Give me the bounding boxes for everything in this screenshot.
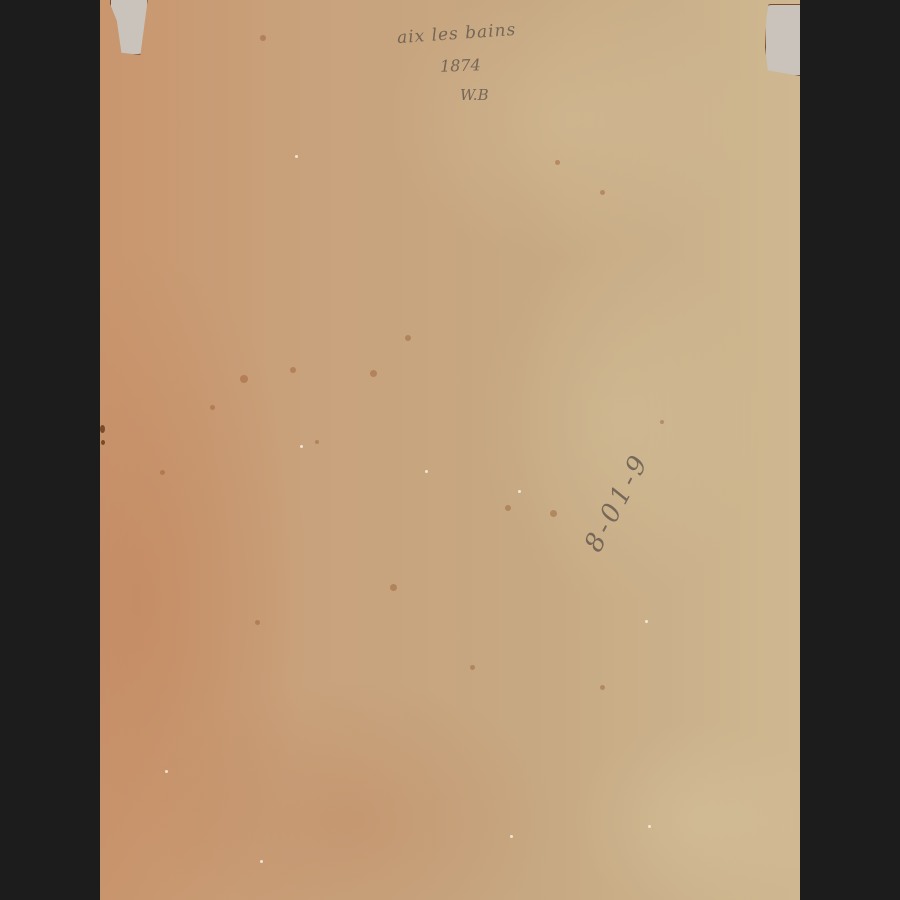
torn-corner-top-right bbox=[765, 4, 800, 76]
paper-sheet: aix les bains 1874 W.B 8-01-9 bbox=[100, 0, 800, 900]
paper-speck bbox=[295, 155, 298, 158]
foxing-spot bbox=[660, 420, 664, 424]
paper-speck bbox=[425, 470, 428, 473]
foxing-spot bbox=[160, 470, 165, 475]
foxing-spot bbox=[255, 620, 260, 625]
paper-speck bbox=[300, 445, 303, 448]
foxing-spot bbox=[600, 190, 605, 195]
paper-speck bbox=[510, 835, 513, 838]
foxing-spot bbox=[505, 505, 511, 511]
photo-frame: aix les bains 1874 W.B 8-01-9 bbox=[0, 0, 900, 900]
foxing-spot bbox=[390, 584, 397, 591]
edge-stain bbox=[100, 425, 105, 433]
foxing-spot bbox=[405, 335, 411, 341]
foxing-spot bbox=[315, 440, 319, 444]
paper-speck bbox=[645, 620, 648, 623]
torn-corner-top-left bbox=[110, 0, 148, 55]
foxing-spot bbox=[260, 35, 266, 41]
foxing-spot bbox=[470, 665, 475, 670]
inscription-initials: W.B bbox=[460, 86, 489, 104]
foxing-spot bbox=[290, 367, 296, 373]
foxing-spot bbox=[600, 685, 605, 690]
paper-speck bbox=[518, 490, 521, 493]
inscription-year: 1874 bbox=[440, 55, 481, 75]
inscription-number: 8-01-9 bbox=[579, 448, 656, 557]
paper-speck bbox=[648, 825, 651, 828]
paper-speck bbox=[260, 860, 263, 863]
foxing-spot bbox=[555, 160, 560, 165]
foxing-spot bbox=[370, 370, 377, 377]
foxing-spot bbox=[210, 405, 215, 410]
edge-stain bbox=[101, 440, 105, 445]
inscription-place: aix les bains bbox=[396, 20, 516, 48]
paper-speck bbox=[165, 770, 168, 773]
foxing-spot bbox=[550, 510, 557, 517]
foxing-spot bbox=[240, 375, 248, 383]
